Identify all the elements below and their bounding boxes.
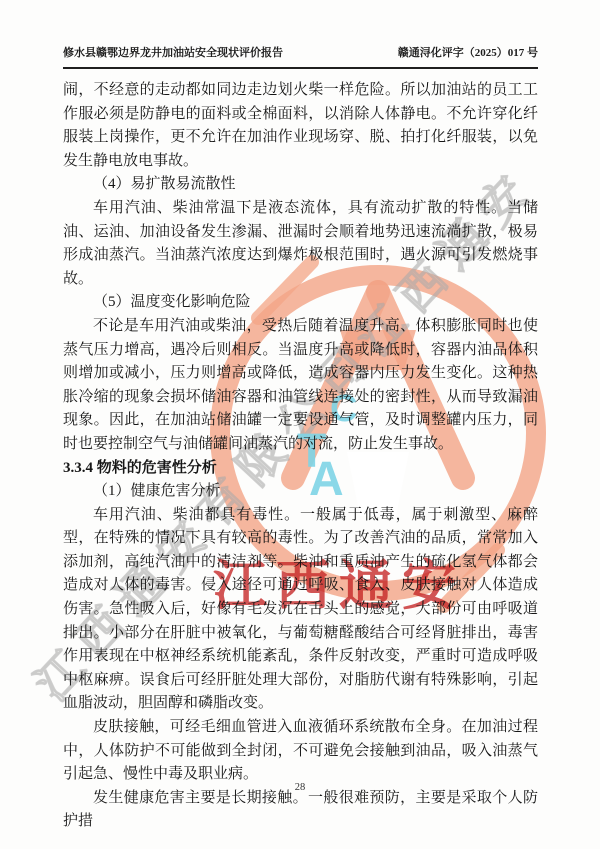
document-number: 赣通浔化评字（2025）017 号 <box>398 44 538 60</box>
report-page: 江西通安有限公司江西通安 C T A 江西通安 修水县赣鄂边界龙井加油站安全现状… <box>0 0 600 849</box>
paragraph: （5）温度变化影响危险 <box>63 291 538 315</box>
page-footer: 28 <box>0 782 600 793</box>
section-heading: 3.3.4 物料的危害性分析 <box>63 457 538 481</box>
paragraph: （1）健康危害分析 <box>63 480 538 504</box>
paragraph: 皮肤接触，可经毛细血管进入血液循环系统散布全身。在加油过程中，人体防护不可能做到… <box>63 716 538 787</box>
paragraph: 发生健康危害主要是长期接触。一般很难预防，主要是采取个人防护措 <box>63 787 538 834</box>
paragraph: （4）易扩散易流散性 <box>63 173 538 197</box>
report-title: 修水县赣鄂边界龙井加油站安全现状评价报告 <box>63 44 283 60</box>
paragraph: 闹，不经意的走动都如同边走边划火柴一样危险。所以加油站的员工工作服必须是防静电的… <box>63 79 538 173</box>
body-text: 闹，不经意的走动都如同边走边划火柴一样危险。所以加油站的员工工作服必须是防静电的… <box>63 79 538 834</box>
paragraph: 不论是车用汽油或柴油，受热后随着温度升高、体积膨胀同时也使蒸气压力增高，遇冷后则… <box>63 315 538 457</box>
page-number: 28 <box>295 782 306 793</box>
paragraph: 车用汽油、柴油常温下是液态流体，具有流动扩散的特性。当储油、运油、加油设备发生渗… <box>63 197 538 291</box>
page-header: 修水县赣鄂边界龙井加油站安全现状评价报告 赣通浔化评字（2025）017 号 <box>63 44 538 69</box>
paragraph: 车用汽油、柴油都具有毒性。一般属于低毒，属于刺激型、麻醉型，在特殊的情况下具有较… <box>63 504 538 716</box>
